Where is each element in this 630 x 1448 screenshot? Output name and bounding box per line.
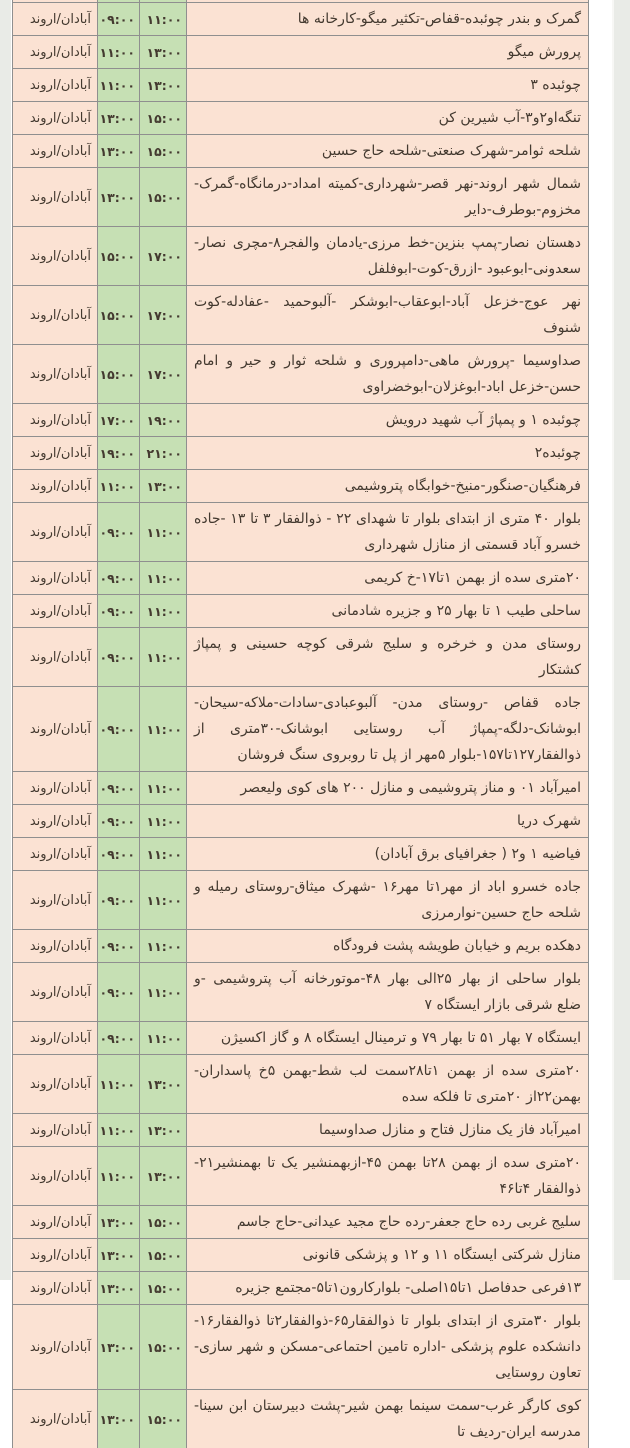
region-label: آبادان/اروند — [15, 111, 91, 126]
end-time-cell: ۱۳:۰۰ — [140, 1055, 187, 1113]
outage-end-time: ۱۵:۰۰ — [142, 1215, 182, 1230]
start-time-cell: ۱۳:۰۰ — [98, 135, 140, 167]
table-row: آبادان/اروند ۰۹:۰۰ ۱۱:۰۰ امیرآباد ۰۱ و م… — [13, 771, 588, 804]
region-cell: آبادان/اروند — [13, 1206, 98, 1238]
region-label: آبادان/اروند — [15, 413, 91, 428]
outage-start-time: ۰۹:۰۰ — [100, 893, 135, 908]
end-time-cell: ۱۱:۰۰ — [140, 562, 187, 594]
table-row: آبادان/اروند ۱۷:۰۰ ۱۹:۰۰ چوئبده ۱ و پمپا… — [13, 403, 588, 436]
areas-cell: ۱۳فرعی حدفاصل ۱تا۱۵اصلی- بلوارکارون۱تا۵-… — [187, 1272, 588, 1280]
end-time-cell: ۱۵:۰۰ — [140, 1206, 187, 1238]
outage-start-time: ۰۹:۰۰ — [100, 939, 135, 954]
outage-start-time: ۰۹:۰۰ — [100, 722, 135, 737]
end-time-cell — [140, 0, 187, 2]
end-time-cell: ۱۱:۰۰ — [140, 595, 187, 627]
areas-text: چوئبده ۳ — [194, 72, 581, 98]
region-cell: آبادان/اروند — [13, 1147, 98, 1205]
areas-text: دهکده بریم و خیابان طویشه پشت فرودگاه — [194, 933, 581, 959]
end-time-cell: ۱۱:۰۰ — [140, 930, 187, 962]
outage-start-time: ۰۹:۰۰ — [100, 12, 135, 27]
start-time-cell: ۱۱:۰۰ — [98, 1147, 140, 1205]
end-time-cell: ۱۷:۰۰ — [140, 345, 187, 403]
areas-cell: ۲۰متری سده از بهمن ۱تا۲۸سمت لب شط-بهمن ۵… — [187, 1055, 588, 1113]
table-row: آبادان/اروند ۰۹:۰۰ ۱۱:۰۰ گمرک و بندر چوئ… — [13, 2, 588, 35]
outage-end-time: ۲۱:۰۰ — [142, 446, 182, 461]
start-time-cell: ۰۹:۰۰ — [98, 838, 140, 870]
table-row: آبادان/اروند ۰۹:۰۰ ۱۱:۰۰ فیاضیه ۱ و۲ ( ج… — [13, 837, 588, 870]
table-row: آبادان/اروند ۰۹:۰۰ ۱۱:۰۰ بلوار ۴۰ متری ا… — [13, 502, 588, 561]
outage-start-time: ۰۹:۰۰ — [100, 525, 135, 540]
table-row: آبادان/اروند ۰۹:۰۰ ۱۱:۰۰ ساحلی طیب ۱ تا … — [13, 594, 588, 627]
start-time-cell: ۰۹:۰۰ — [98, 871, 140, 929]
region-cell: آبادان/اروند — [13, 102, 98, 134]
end-time-cell: ۱۵:۰۰ — [140, 102, 187, 134]
areas-text: فیاضیه ۱ و۲ ( جغرافیای برق آبادان) — [194, 841, 581, 867]
right-page-margin — [612, 0, 630, 1280]
end-time-cell: ۱۱:۰۰ — [140, 963, 187, 1021]
end-time-cell: ۱۳:۰۰ — [140, 69, 187, 101]
start-time-cell: ۱۱:۰۰ — [98, 1055, 140, 1113]
table-row: آبادان/اروند ۰۹:۰۰ ۱۱:۰۰ جاده خسرو اباد … — [13, 870, 588, 929]
start-time-cell: ۱۳:۰۰ — [98, 1272, 140, 1280]
table-row: آبادان/اروند ۰۹:۰۰ ۱۱:۰۰ شهرک دریا — [13, 804, 588, 837]
end-time-cell: ۱۱:۰۰ — [140, 3, 187, 35]
region-label: آبادان/اروند — [15, 571, 91, 586]
areas-text: چوئبده ۱ و پمپاژ آب شهید درویش — [194, 407, 581, 433]
areas-text: فرهنگیان-صنگور-منیخ-خوابگاه پتروشیمی — [194, 473, 581, 499]
region-label: آبادان/اروند — [15, 78, 91, 93]
region-cell: آبادان/اروند — [13, 805, 98, 837]
areas-cell: شمال شهر اروند-نهر قصر-شهرداری-کمیته امد… — [187, 168, 588, 226]
table-row: آبادان/اروند ۱۱:۰۰ ۱۳:۰۰ امیرآباد فاز یک… — [13, 1113, 588, 1146]
outage-end-time: ۱۱:۰۰ — [142, 939, 182, 954]
start-time-cell: ۱۱:۰۰ — [98, 1114, 140, 1146]
areas-cell: امیرآباد فاز یک منازل فتاح و منازل صداوس… — [187, 1114, 588, 1146]
outage-start-time: ۱۷:۰۰ — [100, 413, 135, 428]
start-time-cell: ۰۹:۰۰ — [98, 930, 140, 962]
outage-end-time: ۱۳:۰۰ — [142, 45, 182, 60]
table-row: آبادان/اروند ۱۵:۰۰ ۱۷:۰۰ صداوسیما -پرورش… — [13, 344, 588, 403]
areas-cell: ۲۰متری سده از بهمن ۱تا۱۷-خ کریمی — [187, 562, 588, 594]
start-time-cell: ۱۳:۰۰ — [98, 1206, 140, 1238]
region-label: آبادان/اروند — [15, 12, 91, 27]
areas-cell: ایستگاه ۷ بهار ۵۱ تا بهار ۷۹ و ترمینال ا… — [187, 1022, 588, 1054]
outage-start-time: ۱۱:۰۰ — [100, 78, 135, 93]
region-label: آبادان/اروند — [15, 249, 91, 264]
end-time-cell: ۱۳:۰۰ — [140, 470, 187, 502]
region-cell: آبادان/اروند — [13, 562, 98, 594]
region-label: آبادان/اروند — [15, 190, 91, 205]
outage-end-time: ۱۷:۰۰ — [142, 249, 182, 264]
table-row: آبادان/اروند ۱۵:۰۰ ۱۷:۰۰ نهر عوج-خزعل آب… — [13, 285, 588, 344]
areas-cell: شهرک دریا — [187, 805, 588, 837]
region-cell: آبادان/اروند — [13, 3, 98, 35]
table-row: آبادان/اروند ۰۹:۰۰ ۱۱:۰۰ روستای مدن و خر… — [13, 627, 588, 686]
region-cell: آبادان/اروند — [13, 286, 98, 344]
table-row: آبادان/اروند ۰۹:۰۰ ۱۱:۰۰ بلوار ساحلی از … — [13, 962, 588, 1021]
region-label: آبادان/اروند — [15, 1215, 91, 1230]
table-row: آبادان/اروند ۱۱:۰۰ ۱۳:۰۰ فرهنگیان-صنگور-… — [13, 469, 588, 502]
start-time-cell: ۰۹:۰۰ — [98, 628, 140, 686]
areas-cell: دهکده بریم و خیابان طویشه پشت فرودگاه — [187, 930, 588, 962]
end-time-cell: ۲۱:۰۰ — [140, 437, 187, 469]
region-cell: آبادان/اروند — [13, 135, 98, 167]
region-cell: آبادان/اروند — [13, 687, 98, 771]
outage-start-time: ۱۳:۰۰ — [100, 190, 135, 205]
region-cell: آبادان/اروند — [13, 628, 98, 686]
end-time-cell: ۱۱:۰۰ — [140, 871, 187, 929]
areas-text: چوئبده۲ — [194, 440, 581, 466]
region-cell: آبادان/اروند — [13, 36, 98, 68]
areas-cell: دهستان نصار-پمپ بنزین-خط مرزی-یادمان وال… — [187, 227, 588, 285]
start-time-cell: ۰۹:۰۰ — [98, 595, 140, 627]
outage-start-time: ۱۱:۰۰ — [100, 1169, 135, 1184]
outage-end-time: ۱۱:۰۰ — [142, 1031, 182, 1046]
areas-cell: ساحلی طیب ۱ تا بهار ۲۵ و جزیره شادمانی — [187, 595, 588, 627]
table-row: آبادان/اروند ۱۱:۰۰ ۱۳:۰۰ پرورش میگو — [13, 35, 588, 68]
areas-text: جاده خسرو اباد از مهر۱تا مهر۱۶ -شهرک میث… — [194, 874, 581, 926]
areas-cell: سلیج غربی رده حاج جعفر-رده حاج مجید عیدا… — [187, 1206, 588, 1238]
start-time-cell: ۱۳:۰۰ — [98, 102, 140, 134]
region-cell — [13, 0, 98, 2]
region-cell: آبادان/اروند — [13, 1239, 98, 1271]
outage-start-time: ۰۹:۰۰ — [100, 571, 135, 586]
outage-start-time: ۱۵:۰۰ — [100, 367, 135, 382]
areas-cell — [187, 0, 588, 2]
areas-text: بلوار ۴۰ متری از ابتدای بلوار تا شهدای ۲… — [194, 506, 581, 558]
areas-cell: پرورش میگو — [187, 36, 588, 68]
outage-start-time: ۰۹:۰۰ — [100, 847, 135, 862]
outage-start-time: ۱۹:۰۰ — [100, 446, 135, 461]
areas-text: ۲۰متری سده از بهمن ۲۸تا بهمن ۴۵-ازبهمنشی… — [194, 1150, 581, 1202]
areas-text: ۲۰متری سده از بهمن ۱تا۱۷-خ کریمی — [194, 565, 581, 591]
outage-start-time: ۱۱:۰۰ — [100, 1077, 135, 1092]
region-label: آبادان/اروند — [15, 1169, 91, 1184]
end-time-cell: ۱۹:۰۰ — [140, 404, 187, 436]
outage-end-time: ۱۱:۰۰ — [142, 847, 182, 862]
end-time-cell: ۱۱:۰۰ — [140, 503, 187, 561]
region-cell: آبادان/اروند — [13, 963, 98, 1021]
region-label: آبادان/اروند — [15, 367, 91, 382]
region-cell: آبادان/اروند — [13, 227, 98, 285]
areas-text: شهرک دریا — [194, 808, 581, 834]
end-time-cell: ۱۳:۰۰ — [140, 1114, 187, 1146]
areas-text: صداوسیما -پرورش ماهی-دامپروری و شلحه ثوا… — [194, 348, 581, 400]
outage-start-time: ۰۹:۰۰ — [100, 604, 135, 619]
table-row: آبادان/اروند ۰۹:۰۰ ۱۱:۰۰ ۲۰متری سده از ب… — [13, 561, 588, 594]
outage-end-time: ۱۵:۰۰ — [142, 111, 182, 126]
table-row: آبادان/اروند ۱۹:۰۰ ۲۱:۰۰ چوئبده۲ — [13, 436, 588, 469]
areas-cell: بلوار ساحلی از بهار ۲۵الی بهار ۴۸-موتورخ… — [187, 963, 588, 1021]
table-row: آبادان/اروند ۱۳:۰۰ ۱۵:۰۰ شلحه ثوامر-شهرک… — [13, 134, 588, 167]
outage-start-time: ۱۱:۰۰ — [100, 479, 135, 494]
areas-cell: بلوار ۴۰ متری از ابتدای بلوار تا شهدای ۲… — [187, 503, 588, 561]
outage-end-time: ۱۳:۰۰ — [142, 1123, 182, 1138]
end-time-cell: ۱۱:۰۰ — [140, 628, 187, 686]
region-cell: آبادان/اروند — [13, 1272, 98, 1280]
end-time-cell: ۱۷:۰۰ — [140, 227, 187, 285]
start-time-cell: ۱۳:۰۰ — [98, 168, 140, 226]
table-row: آبادان/اروند ۱۳:۰۰ ۱۵:۰۰ سلیج غربی رده ح… — [13, 1205, 588, 1238]
region-label: آبادان/اروند — [15, 814, 91, 829]
start-time-cell: ۱۷:۰۰ — [98, 404, 140, 436]
outage-start-time: ۱۱:۰۰ — [100, 1123, 135, 1138]
start-time-cell: ۰۹:۰۰ — [98, 805, 140, 837]
areas-cell: چوئبده۲ — [187, 437, 588, 469]
region-cell: آبادان/اروند — [13, 470, 98, 502]
outage-end-time: ۱۱:۰۰ — [142, 893, 182, 908]
outage-start-time: ۰۹:۰۰ — [100, 781, 135, 796]
areas-cell: فرهنگیان-صنگور-منیخ-خوابگاه پتروشیمی — [187, 470, 588, 502]
start-time-cell: ۱۱:۰۰ — [98, 36, 140, 68]
outage-end-time: ۱۵:۰۰ — [142, 144, 182, 159]
table-row: آبادان/اروند ۱۳:۰۰ ۱۵:۰۰ منازل شرکتی ایس… — [13, 1238, 588, 1271]
areas-cell: شلحه ثوامر-شهرک صنعتی-شلحه حاج حسین — [187, 135, 588, 167]
end-time-cell: ۱۱:۰۰ — [140, 687, 187, 771]
outage-end-time: ۱۳:۰۰ — [142, 479, 182, 494]
start-time-cell: ۰۹:۰۰ — [98, 503, 140, 561]
areas-text: گمرک و بندر چوئبده-قفاص-تکثیر میگو-کارخا… — [194, 6, 581, 32]
table-row: آبادان/اروند ۱۱:۰۰ ۱۳:۰۰ چوئبده ۳ — [13, 68, 588, 101]
areas-cell: امیرآباد ۰۱ و مناز پتروشیمی و منازل ۲۰۰ … — [187, 772, 588, 804]
end-time-cell: ۱۳:۰۰ — [140, 1147, 187, 1205]
outage-end-time: ۱۹:۰۰ — [142, 413, 182, 428]
region-cell: آبادان/اروند — [13, 930, 98, 962]
start-time-cell: ۱۵:۰۰ — [98, 286, 140, 344]
start-time-cell: ۱۱:۰۰ — [98, 69, 140, 101]
outage-start-time: ۰۹:۰۰ — [100, 650, 135, 665]
areas-cell: گمرک و بندر چوئبده-قفاص-تکثیر میگو-کارخا… — [187, 3, 588, 35]
clipped-row-top — [13, 0, 588, 2]
areas-text: امیرآباد فاز یک منازل فتاح و منازل صداوس… — [194, 1117, 581, 1143]
end-time-cell: ۱۱:۰۰ — [140, 1022, 187, 1054]
areas-cell: چوئبده ۱ و پمپاژ آب شهید درویش — [187, 404, 588, 436]
areas-cell: فیاضیه ۱ و۲ ( جغرافیای برق آبادان) — [187, 838, 588, 870]
region-label: آبادان/اروند — [15, 308, 91, 323]
end-time-cell: ۱۱:۰۰ — [140, 805, 187, 837]
outage-start-time: ۱۳:۰۰ — [100, 111, 135, 126]
region-label: آبادان/اروند — [15, 1031, 91, 1046]
outage-start-time: ۱۱:۰۰ — [100, 45, 135, 60]
areas-text: بلوار ساحلی از بهار ۲۵الی بهار ۴۸-موتورخ… — [194, 966, 581, 1018]
outage-start-time: ۱۳:۰۰ — [100, 1248, 135, 1263]
areas-text: شلحه ثوامر-شهرک صنعتی-شلحه حاج حسین — [194, 138, 581, 164]
region-label: آبادان/اروند — [15, 604, 91, 619]
outage-start-time: ۰۹:۰۰ — [100, 985, 135, 1000]
areas-cell: نهر عوج-خزعل آباد-ابوعقاب-ابوشکر -آلبوحم… — [187, 286, 588, 344]
table-row: آبادان/اروند ۱۱:۰۰ ۱۳:۰۰ ۲۰متری سده از ب… — [13, 1146, 588, 1205]
region-cell: آبادان/اروند — [13, 595, 98, 627]
areas-text: تنگه‌او۲و۳-آب شیرین کن — [194, 105, 581, 131]
region-label: آبادان/اروند — [15, 939, 91, 954]
areas-text: ساحلی طیب ۱ تا بهار ۲۵ و جزیره شادمانی — [194, 598, 581, 624]
outage-end-time: ۱۱:۰۰ — [142, 571, 182, 586]
start-time-cell: ۰۹:۰۰ — [98, 562, 140, 594]
end-time-cell: ۱۵:۰۰ — [140, 1239, 187, 1271]
start-time-cell: ۰۹:۰۰ — [98, 687, 140, 771]
areas-text: ۲۰متری سده از بهمن ۱تا۲۸سمت لب شط-بهمن ۵… — [194, 1058, 581, 1110]
region-label: آبادان/اروند — [15, 985, 91, 1000]
outage-start-time: ۱۵:۰۰ — [100, 249, 135, 264]
region-cell: آبادان/اروند — [13, 1022, 98, 1054]
end-time-cell: ۱۱:۰۰ — [140, 838, 187, 870]
outage-start-time: ۱۳:۰۰ — [100, 144, 135, 159]
outage-start-time: ۰۹:۰۰ — [100, 814, 135, 829]
areas-cell: صداوسیما -پرورش ماهی-دامپروری و شلحه ثوا… — [187, 345, 588, 403]
region-cell: آبادان/اروند — [13, 871, 98, 929]
outage-end-time: ۱۱:۰۰ — [142, 814, 182, 829]
table-row: آبادان/اروند ۰۹:۰۰ ۱۱:۰۰ ایستگاه ۷ بهار … — [13, 1021, 588, 1054]
region-cell: آبادان/اروند — [13, 772, 98, 804]
areas-cell: جاده خسرو اباد از مهر۱تا مهر۱۶ -شهرک میث… — [187, 871, 588, 929]
start-time-cell — [98, 0, 140, 2]
outage-start-time: ۰۹:۰۰ — [100, 1031, 135, 1046]
region-label: آبادان/اروند — [15, 1248, 91, 1263]
region-cell: آبادان/اروند — [13, 1114, 98, 1146]
region-label: آبادان/اروند — [15, 1123, 91, 1138]
region-label: آبادان/اروند — [15, 847, 91, 862]
schedule-table-body: آبادان/اروند ۰۹:۰۰ ۱۱:۰۰ گمرک و بندر چوئ… — [13, 2, 588, 1280]
end-time-cell: ۱۷:۰۰ — [140, 286, 187, 344]
outage-start-time: ۱۳:۰۰ — [100, 1215, 135, 1230]
outage-end-time: ۱۳:۰۰ — [142, 1077, 182, 1092]
outage-end-time: ۱۱:۰۰ — [142, 781, 182, 796]
start-time-cell: ۰۹:۰۰ — [98, 1022, 140, 1054]
outage-end-time: ۱۱:۰۰ — [142, 12, 182, 27]
region-cell: آبادان/اروند — [13, 168, 98, 226]
region-cell: آبادان/اروند — [13, 69, 98, 101]
outage-end-time: ۱۷:۰۰ — [142, 308, 182, 323]
start-time-cell: ۰۹:۰۰ — [98, 772, 140, 804]
region-cell: آبادان/اروند — [13, 437, 98, 469]
outage-end-time: ۱۷:۰۰ — [142, 367, 182, 382]
areas-text: منازل شرکتی ایستگاه ۱۱ و ۱۲ و پزشکی قانو… — [194, 1242, 581, 1268]
start-time-cell: ۱۱:۰۰ — [98, 470, 140, 502]
region-label: آبادان/اروند — [15, 893, 91, 908]
areas-cell: روستای مدن و خرخره و سلیج شرقی کوچه حسین… — [187, 628, 588, 686]
region-label: آبادان/اروند — [15, 650, 91, 665]
end-time-cell: ۱۵:۰۰ — [140, 1272, 187, 1280]
outage-end-time: ۱۱:۰۰ — [142, 722, 182, 737]
end-time-cell: ۱۵:۰۰ — [140, 168, 187, 226]
outage-end-time: ۱۵:۰۰ — [142, 190, 182, 205]
region-label: آبادان/اروند — [15, 1077, 91, 1092]
region-cell: آبادان/اروند — [13, 1055, 98, 1113]
region-cell: آبادان/اروند — [13, 404, 98, 436]
areas-text: جاده قفاص -روستای مدن- آلبوعبادی-سادات-م… — [194, 690, 581, 768]
outage-end-time: ۱۳:۰۰ — [142, 78, 182, 93]
areas-cell: منازل شرکتی ایستگاه ۱۱ و ۱۲ و پزشکی قانو… — [187, 1239, 588, 1271]
outage-end-time: ۱۳:۰۰ — [142, 1169, 182, 1184]
table-row: آبادان/اروند ۰۹:۰۰ ۱۱:۰۰ دهکده بریم و خی… — [13, 929, 588, 962]
start-time-cell: ۰۹:۰۰ — [98, 963, 140, 1021]
region-label: آبادان/اروند — [15, 446, 91, 461]
areas-cell: جاده قفاص -روستای مدن- آلبوعبادی-سادات-م… — [187, 687, 588, 771]
areas-text: امیرآباد ۰۱ و مناز پتروشیمی و منازل ۲۰۰ … — [194, 775, 581, 801]
table-row: آبادان/اروند ۱۵:۰۰ ۱۷:۰۰ دهستان نصار-پمپ… — [13, 226, 588, 285]
areas-text: ایستگاه ۷ بهار ۵۱ تا بهار ۷۹ و ترمینال ا… — [194, 1025, 581, 1051]
start-time-cell: ۱۹:۰۰ — [98, 437, 140, 469]
region-label: آبادان/اروند — [15, 781, 91, 796]
start-time-cell: ۱۵:۰۰ — [98, 227, 140, 285]
table-row: آبادان/اروند ۱۳:۰۰ ۱۵:۰۰ ۱۳فرعی حدفاصل ۱… — [13, 1271, 588, 1280]
outage-schedule-table: آبادان/اروند ۰۹:۰۰ ۱۱:۰۰ گمرک و بندر چوئ… — [12, 0, 589, 1280]
left-page-margin — [0, 0, 11, 1280]
end-time-cell: ۱۵:۰۰ — [140, 135, 187, 167]
end-time-cell: ۱۳:۰۰ — [140, 36, 187, 68]
start-time-cell: ۱۳:۰۰ — [98, 1239, 140, 1271]
outage-start-time: ۱۵:۰۰ — [100, 308, 135, 323]
region-label: آبادان/اروند — [15, 45, 91, 60]
areas-text: نهر عوج-خزعل آباد-ابوعقاب-ابوشکر -آلبوحم… — [194, 289, 581, 341]
outage-end-time: ۱۱:۰۰ — [142, 604, 182, 619]
region-label: آبادان/اروند — [15, 525, 91, 540]
region-label: آبادان/اروند — [15, 144, 91, 159]
areas-cell: تنگه‌او۲و۳-آب شیرین کن — [187, 102, 588, 134]
table-row: آبادان/اروند ۱۳:۰۰ ۱۵:۰۰ شمال شهر اروند-… — [13, 167, 588, 226]
region-cell: آبادان/اروند — [13, 838, 98, 870]
outage-end-time: ۱۱:۰۰ — [142, 985, 182, 1000]
start-time-cell: ۰۹:۰۰ — [98, 3, 140, 35]
areas-cell: چوئبده ۳ — [187, 69, 588, 101]
table-row: آبادان/اروند ۱۳:۰۰ ۱۵:۰۰ تنگه‌او۲و۳-آب ش… — [13, 101, 588, 134]
region-label: آبادان/اروند — [15, 722, 91, 737]
areas-text: دهستان نصار-پمپ بنزین-خط مرزی-یادمان وال… — [194, 230, 581, 282]
outage-end-time: ۱۵:۰۰ — [142, 1248, 182, 1263]
region-cell: آبادان/اروند — [13, 345, 98, 403]
areas-text: پرورش میگو — [194, 39, 581, 65]
outage-end-time: ۱۱:۰۰ — [142, 525, 182, 540]
region-cell: آبادان/اروند — [13, 503, 98, 561]
areas-text: ۱۳فرعی حدفاصل ۱تا۱۵اصلی- بلوارکارون۱تا۵-… — [194, 1275, 581, 1280]
areas-text: شمال شهر اروند-نهر قصر-شهرداری-کمیته امد… — [194, 171, 581, 223]
outage-end-time: ۱۱:۰۰ — [142, 650, 182, 665]
table-row: آبادان/اروند ۱۱:۰۰ ۱۳:۰۰ ۲۰متری سده از ب… — [13, 1054, 588, 1113]
areas-text: روستای مدن و خرخره و سلیج شرقی کوچه حسین… — [194, 631, 581, 683]
areas-cell: ۲۰متری سده از بهمن ۲۸تا بهمن ۴۵-ازبهمنشی… — [187, 1147, 588, 1205]
start-time-cell: ۱۵:۰۰ — [98, 345, 140, 403]
end-time-cell: ۱۱:۰۰ — [140, 772, 187, 804]
table-row: آبادان/اروند ۰۹:۰۰ ۱۱:۰۰ جاده قفاص -روست… — [13, 686, 588, 771]
region-label: آبادان/اروند — [15, 479, 91, 494]
areas-text: سلیج غربی رده حاج جعفر-رده حاج مجید عیدا… — [194, 1209, 581, 1235]
